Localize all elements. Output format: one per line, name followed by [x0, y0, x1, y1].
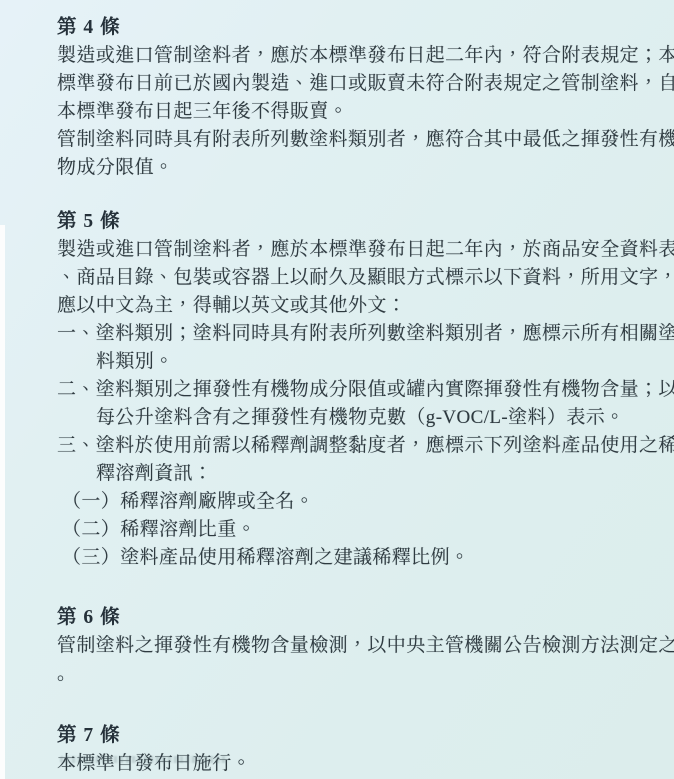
article-4-heading: 第 4 條	[57, 14, 648, 42]
text-line: 製造或進口管制塗料者，應於本標準發布日起二年內，符合附表規定；本	[57, 42, 648, 70]
article-6: 第 6 條 管制塗料之揮發性有機物含量檢測，以中央主管機關公告檢測方法測定之 。	[57, 604, 648, 688]
scan-ghost-text-artifact	[60, 756, 228, 763]
text-line: 每公升塗料含有之揮發性有機物克數（g-VOC/L-塗料）表示。	[57, 404, 648, 432]
scan-edge-strip	[0, 225, 5, 779]
text-line: 製造或進口管制塗料者，應於本標準發布日起二年內，於商品安全資料表	[57, 236, 648, 264]
text-line: 釋溶劑資訊：	[57, 460, 648, 488]
text-line: 、商品目錄、包裝或容器上以耐久及顯眼方式標示以下資料，所用文字，	[57, 264, 648, 292]
article-7-heading: 第 7 條	[57, 722, 648, 750]
text-line: 一、塗料類別；塗料同時具有附表所列數塗料類別者，應標示所有相關塗	[57, 320, 648, 348]
text-line: 本標準發布日起三年後不得販賣。	[57, 98, 648, 126]
text-line: （三）塗料產品使用稀釋溶劑之建議稀釋比例。	[57, 544, 648, 572]
document-page: 第 4 條 製造或進口管制塗料者，應於本標準發布日起二年內，符合附表規定；本 標…	[0, 0, 674, 779]
text-line: 管制塗料之揮發性有機物含量檢測，以中央主管機關公告檢測方法測定之	[57, 632, 648, 660]
text-line: 。	[57, 660, 648, 688]
article-6-heading: 第 6 條	[57, 604, 648, 632]
article-7: 第 7 條 本標準自發布日施行。	[57, 722, 648, 778]
article-5-heading: 第 5 條	[57, 208, 648, 236]
article-5: 第 5 條 製造或進口管制塗料者，應於本標準發布日起二年內，於商品安全資料表 、…	[57, 208, 648, 572]
article-4: 第 4 條 製造或進口管制塗料者，應於本標準發布日起二年內，符合附表規定；本 標…	[57, 14, 648, 182]
text-line: （一）稀釋溶劑廠牌或全名。	[57, 488, 648, 516]
text-line: 三、塗料於使用前需以稀釋劑調整黏度者，應標示下列塗料產品使用之稀	[57, 432, 648, 460]
text-line: 標準發布日前已於國內製造、進口或販賣未符合附表規定之管制塗料，自	[57, 70, 648, 98]
text-line: 管制塗料同時具有附表所列數塗料類別者，應符合其中最低之揮發性有機	[57, 126, 648, 154]
text-line: （二）稀釋溶劑比重。	[57, 516, 648, 544]
text-line: 料類別。	[57, 348, 648, 376]
text-line: 應以中文為主，得輔以英文或其他外文：	[57, 292, 648, 320]
text-line: 二、塗料類別之揮發性有機物成分限值或罐內實際揮發性有機物含量；以	[57, 376, 648, 404]
text-line: 本標準自發布日施行。	[57, 750, 648, 778]
text-line: 物成分限值。	[57, 154, 648, 182]
